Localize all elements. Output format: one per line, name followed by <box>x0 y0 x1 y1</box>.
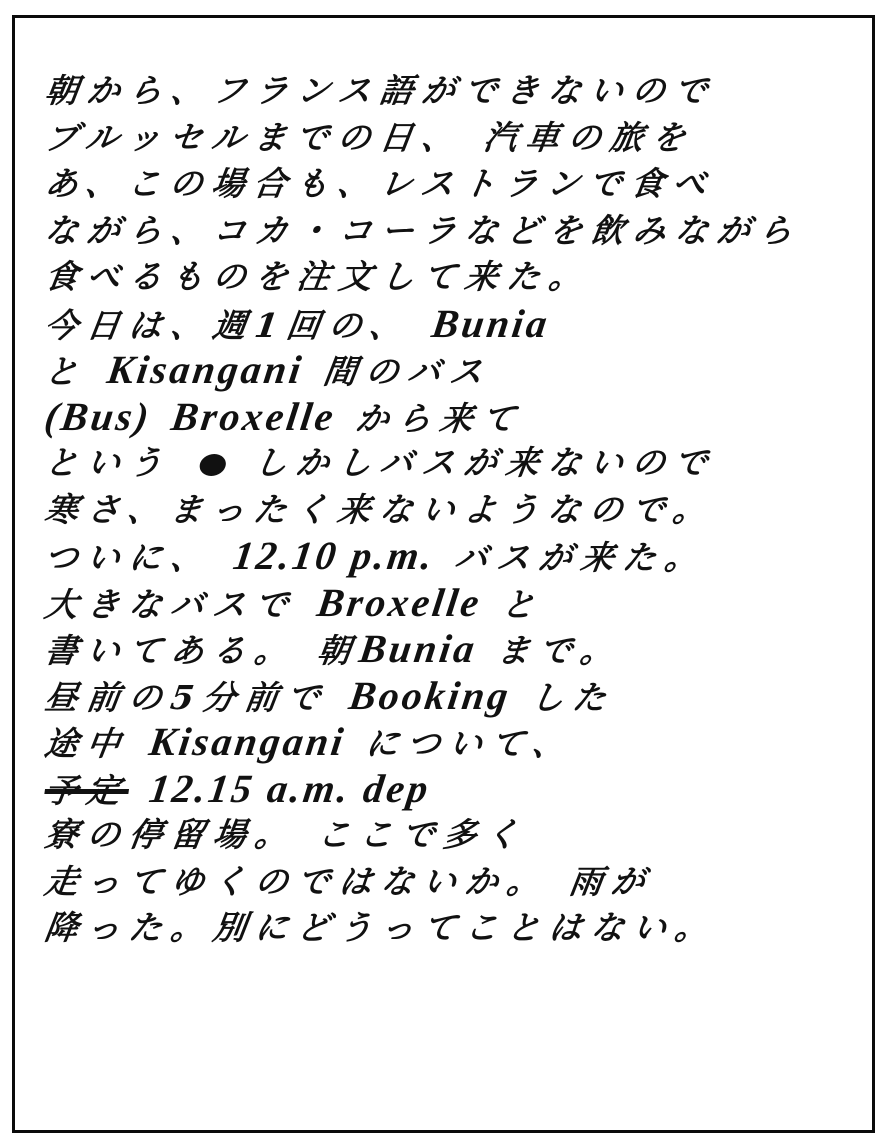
text-line-7: と Kisangani 間のバス <box>42 347 849 394</box>
text-line-14: 昼前の5分前で Booking した <box>42 673 849 720</box>
ink-blot <box>198 454 227 476</box>
place-name-bunia: Bunia <box>356 626 480 671</box>
text-line-16: 予定 12.15 a.m. dep <box>42 766 849 813</box>
text-line-15: 途中 Kisangani について、 <box>42 719 849 766</box>
place-name-bunia: Bunia <box>429 301 553 346</box>
text-line-13: 書いてある。 朝Bunia まで。 <box>42 626 849 673</box>
place-name-broxelle: Broxelle <box>314 580 484 625</box>
text-line-18: 走ってゆくのではないか。 雨が <box>42 859 849 906</box>
handwritten-text-body: 朝から、フランス語ができないので ブルッセルまでの日、 汽車の旅を あ、この場合… <box>45 68 845 952</box>
departure-time: 12.15 a.m. dep <box>146 766 433 811</box>
place-name-kisangani: Kisangani <box>104 347 306 392</box>
text-line-12: 大きなバスで Broxelle と <box>42 580 849 627</box>
text-line-5: 食べるものを注文して来た。 <box>42 254 849 301</box>
text-line-17: 寮の停留場。 ここで多く <box>42 812 849 859</box>
text-line-9: という しかしバスが来ないので <box>42 440 849 487</box>
place-name-kisangani: Kisangani <box>146 719 348 764</box>
text-line-2: ブルッセルまでの日、 汽車の旅を <box>42 115 849 162</box>
text-line-3: あ、この場合も、レストランで食べ <box>42 161 849 208</box>
word-bus: Bus <box>58 394 138 439</box>
time-12-10-pm: 12.10 p.m. <box>230 533 437 578</box>
page-frame: 朝から、フランス語ができないので ブルッセルまでの日、 汽車の旅を あ、この場合… <box>12 15 875 1133</box>
text-line-1: 朝から、フランス語ができないので <box>42 68 849 115</box>
crossed-out-word: 予定 <box>42 771 131 810</box>
text-line-6: 今日は、週1回の、 Bunia <box>42 301 849 348</box>
text-line-4: ながら、コカ・コーラなどを飲みながら <box>42 208 849 255</box>
text-line-8: (Bus) Broxelle から来て <box>42 394 849 441</box>
text-line-11: ついに、 12.10 p.m. バスが来た。 <box>42 533 849 580</box>
place-name-broxelle: Broxelle <box>169 394 339 439</box>
text-line-19: 降った。別にどうってことはない。 <box>42 905 849 952</box>
text-line-10: 寒さ、まったく来ないようなので。 <box>42 487 849 534</box>
word-booking: Booking <box>346 673 513 718</box>
